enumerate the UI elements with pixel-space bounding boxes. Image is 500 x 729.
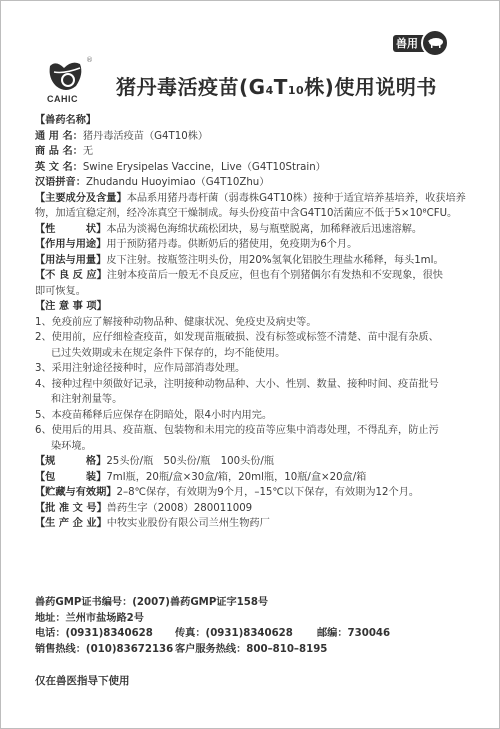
gmp-certificate: 兽药GMP证书编号：(2007)兽药GMP证字158号: [35, 595, 390, 611]
generic-name-row: 通 用 名：猪丹毒活疫苗（G4T10株）: [35, 129, 480, 145]
package-row: 【包 装】7ml瓶，20瓶/盒×30盒/箱，20ml瓶，10瓶/盒×20盒/箱: [35, 470, 480, 486]
composition-row-cont: 物，加适宜稳定剂，经冷冻真空干燥制成。每头份疫苗中含G4T10活菌应不低于5×1…: [35, 206, 480, 222]
service-hotline: 客户服务热线：800–810–8195: [175, 642, 327, 658]
logo-text: CAHIC: [47, 94, 78, 104]
note-item: 1、免疫前应了解接种动物品种、健康状况、免疫史及病史等。: [35, 315, 480, 331]
cahic-logo-icon: [46, 60, 86, 94]
instructions-body: 【兽药名称】 通 用 名：猪丹毒活疫苗（G4T10株） 商 品 名：无 英 文 …: [35, 113, 480, 532]
vet-guidance-note: 仅在兽医指导下使用: [35, 673, 130, 688]
postcode: 邮编：730046: [317, 626, 390, 642]
fax: 传真：(0931)8340628: [175, 626, 317, 642]
adverse-row: 【不 良 反 应】注射本疫苗后一般无不良反应，但也有个别猪偶尔有发热和不安现象，…: [35, 268, 480, 284]
phone: 电话：(0931)8340628: [35, 626, 175, 642]
dosage-row: 【用法与用量】皮下注射。按瓶签注明头份，用20%氢氧化铝胶生理盐水稀释，每头1m…: [35, 253, 480, 269]
note-item-cont: 已过失效期或未在规定条件下保存的，均不能使用。: [35, 346, 480, 362]
sales-hotline: 销售热线：(010)83672136: [35, 642, 175, 658]
note-item: 3、采用注射途径接种时，应作局部消毒处理。: [35, 361, 480, 377]
pig-icon: [421, 29, 449, 57]
note-item: 6、使用后的用具、疫苗瓶、包装物和未用完的疫苗等应集中消毒处理，不得乱弃，防止污: [35, 423, 480, 439]
company-info: 兽药GMP证书编号：(2007)兽药GMP证字158号 地址：兰州市盐场路2号 …: [35, 595, 390, 657]
note-item: 2、使用前，应仔细检查疫苗，如发现苗瓶破损、没有标签或标签不清楚、苗中混有杂质、: [35, 330, 480, 346]
note-item: 4、接种过程中须做好记录，注明接种动物品种、大小、性别、数量、接种时间、疫苗批号: [35, 377, 480, 393]
notes-header: 【注 意 事 项】: [35, 299, 480, 315]
manufacturer-row: 【生 产 企 业】中牧实业股份有限公司兰州生物药厂: [35, 516, 480, 532]
indication-row: 【作用与用途】用于预防猪丹毒。供断奶后的猪使用，免疫期为6个月。: [35, 237, 480, 253]
storage-row: 【贮藏与有效期】2–8℃保存，有效期为9个月，–15℃以下保存，有效期为12个月…: [35, 485, 480, 501]
adverse-row-cont: 即可恢复。: [35, 284, 480, 300]
document-title: 猪丹毒活疫苗(G4T10株)使用说明书: [116, 71, 437, 100]
english-name-row: 英 文 名：Swine Erysipelas Vaccine，Live（G4T1…: [35, 160, 480, 176]
note-item-cont: 和注射剂量等。: [35, 392, 480, 408]
composition-row: 【主要成分及含量】本品系用猪丹毒杆菌（弱毒株G4T10株）接种于适宜培养基培养，…: [35, 191, 480, 207]
note-item: 5、本疫苗稀释后应保存在阴暗处，限4小时内用完。: [35, 408, 480, 424]
company-logo: ® CAHIC: [44, 56, 100, 106]
spec-row: 【规 格】25头份/瓶 50头份/瓶 100头份/瓶: [35, 454, 480, 470]
registered-mark: ®: [86, 56, 93, 64]
contact-row: 电话：(0931)8340628传真：(0931)8340628邮编：73004…: [35, 626, 390, 642]
vet-name-header: 【兽药名称】: [35, 113, 480, 129]
hotline-row: 销售热线：(010)83672136客户服务热线：800–810–8195: [35, 642, 390, 658]
address: 地址：兰州市盐场路2号: [35, 611, 390, 627]
trade-name-row: 商 品 名：无: [35, 144, 480, 160]
character-row: 【性 状】本品为淡褐色海绵状疏松团块，易与瓶壁脱离，加稀释液后迅速溶解。: [35, 222, 480, 238]
pinyin-row: 汉语拼音：Zhudandu Huoyimiao（G4T10Zhu）: [35, 175, 480, 191]
note-item-cont: 染环境。: [35, 439, 480, 455]
approval-row: 【批 准 文 号】兽药生字（2008）280011009: [35, 501, 480, 517]
